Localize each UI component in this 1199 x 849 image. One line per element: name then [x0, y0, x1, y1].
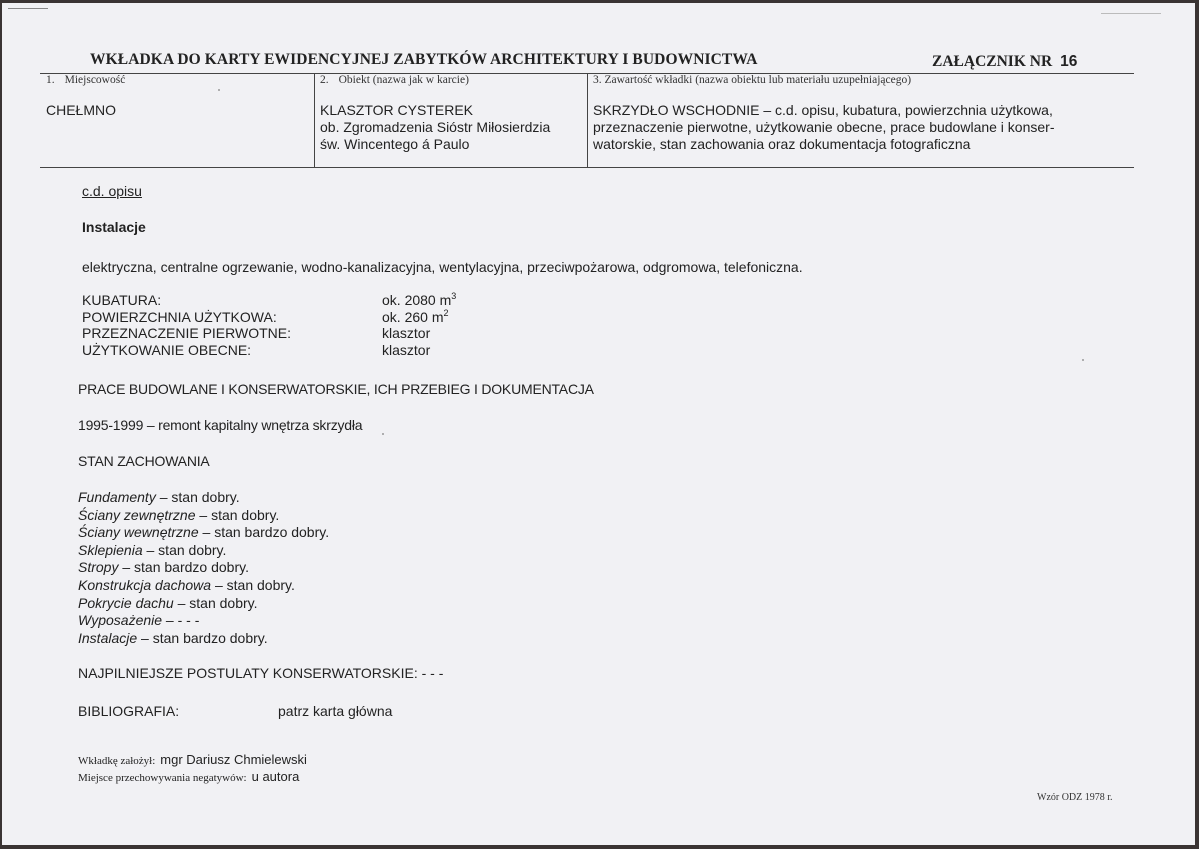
condition-item: Stropy – stan bardzo dobry.	[78, 559, 329, 577]
field-value-contents: SKRZYDŁO WSCHODNIE – c.d. opisu, kubatur…	[593, 102, 1055, 153]
annex-label: ZAŁĄCZNIK NR	[932, 53, 1052, 70]
installations-text: elektryczna, centralne ogrzewanie, wodno…	[82, 259, 803, 275]
document-title: WKŁADKA DO KARTY EWIDENCYJNEJ ZABYTKÓW A…	[90, 51, 758, 69]
annex-heading: ZAŁĄCZNIK NR16	[932, 53, 1077, 71]
field-label-locality: 1.Miejscowość	[46, 74, 125, 86]
fact-row-area: POWIERZCHNIA UŻYTKOWA:ok. 260 m2	[82, 308, 449, 324]
annex-number: 16	[1060, 53, 1077, 70]
condition-list: Fundamenty – stan dobry. Ściany zewnętrz…	[78, 489, 329, 647]
column-divider	[587, 73, 588, 167]
bibliography-value: patrz karta główna	[278, 703, 392, 719]
scan-speck	[218, 89, 220, 91]
bibliography-label: BIBLIOGRAFIA:	[78, 703, 179, 719]
postulates-text: NAJPILNIEJSZE POSTULATY KONSERWATORSKIE:…	[78, 665, 443, 681]
condition-heading: STAN ZACHOWANIA	[78, 453, 210, 469]
scan-speck	[382, 433, 384, 435]
fact-row-original-use: PRZEZNACZENIE PIERWOTNE:klasztor	[82, 325, 430, 341]
fact-row-volume: KUBATURA:ok. 2080 m3	[82, 291, 456, 307]
field-value-object: KLASZTOR CYSTEREK ob. Zgromadzenia Sióst…	[320, 102, 550, 153]
condition-item: Konstrukcja dachowa – stan dobry.	[78, 577, 329, 595]
scan-artifact	[8, 8, 48, 9]
condition-item: Sklepienia – stan dobry.	[78, 542, 329, 560]
condition-item: Instalacje – stan bardzo dobry.	[78, 630, 329, 648]
condition-item: Ściany zewnętrzne – stan dobry.	[78, 507, 329, 525]
condition-item: Wyposażenie – - - -	[78, 612, 329, 630]
field-value-locality: CHEŁMNO	[46, 102, 116, 119]
author-line: Wkładkę założył:mgr Dariusz Chmielewski	[78, 752, 307, 767]
form-pattern-note: Wzór ODZ 1978 r.	[1037, 792, 1113, 803]
document-page: WKŁADKA DO KARTY EWIDENCYJNEJ ZABYTKÓW A…	[2, 3, 1195, 845]
condition-item: Pokrycie dachu – stan dobry.	[78, 595, 329, 613]
header-rule-bottom	[40, 167, 1134, 168]
field-label-contents: 3. Zawartość wkładki (nazwa obiektu lub …	[593, 74, 911, 86]
field-label-object: 2.Obiekt (nazwa jak w karcie)	[320, 74, 469, 86]
negatives-line: Miejsce przechowywania negatywów:u autor…	[78, 769, 299, 784]
works-entry: 1995-1999 – remont kapitalny wnętrza skr…	[78, 417, 362, 433]
scan-speck	[1082, 359, 1084, 361]
condition-item: Ściany wewnętrzne – stan bardzo dobry.	[78, 524, 329, 542]
fact-row-current-use: UŻYTKOWANIE OBECNE:klasztor	[82, 342, 430, 358]
installations-heading: Instalacje	[82, 219, 146, 235]
condition-item: Fundamenty – stan dobry.	[78, 489, 329, 507]
continuation-heading: c.d. opisu	[82, 183, 142, 199]
works-heading: PRACE BUDOWLANE I KONSERWATORSKIE, ICH P…	[78, 381, 594, 397]
column-divider	[314, 73, 315, 167]
scan-artifact	[1101, 13, 1161, 14]
